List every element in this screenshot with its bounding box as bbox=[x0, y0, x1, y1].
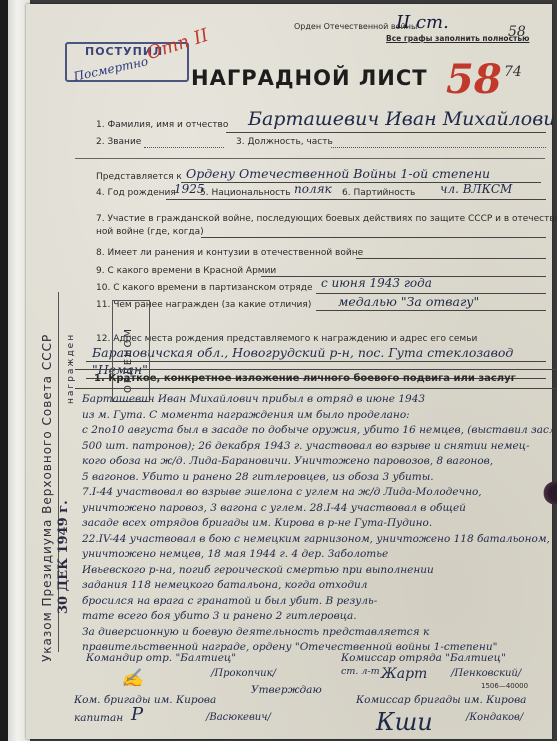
brigade-commissar-label: Комиссар бригады им. Кирова bbox=[356, 694, 526, 706]
decree-stamp-main: Указом Президиума Верховного Совета СССР bbox=[40, 334, 54, 662]
brigade-commander-signature: Р bbox=[131, 704, 143, 725]
field-1-value: Барташевич Иван Михайлович bbox=[248, 108, 557, 130]
brigade-commissar-signature: Кши bbox=[376, 708, 433, 736]
field-6-label: 6. Партийность bbox=[342, 188, 415, 198]
narrative-line: Ивьевского р-на, погиб героической смерт… bbox=[82, 563, 552, 579]
field-4-label: 4. Год рождения bbox=[96, 188, 176, 198]
brigade-commander-rank: капитан bbox=[74, 712, 123, 724]
narrative-line: 5 вагонов. Убито и ранено 28 гитлеровцев… bbox=[82, 470, 552, 486]
field-3-label: 3. Должность, часть bbox=[236, 137, 333, 147]
narrative-line: 22.IV-44 участвовал в бою с немецким гар… bbox=[82, 532, 552, 548]
field-10-label: 10. С какого времени в партизанском отря… bbox=[96, 283, 313, 293]
narrative-line: кого обоза на ж/д. Лида-Барановичи. Унич… bbox=[82, 454, 552, 470]
narrative-line: уничтожено паровоз, 3 вагона с углем. 28… bbox=[82, 501, 552, 517]
field-6-value: чл. ВЛКСМ bbox=[440, 182, 512, 196]
narrative-line: уничтожено немцев, 18 мая 1944 г. 4 дер.… bbox=[82, 547, 552, 563]
narrative: Барташевич Иван Михайлович прибыл в отря… bbox=[82, 392, 552, 656]
represented-label: Представляется к bbox=[96, 172, 182, 182]
field-9-label: 9. С какого времени в Красной Армии bbox=[96, 266, 276, 276]
field-12-label: 12. Адрес места рождения представляемого… bbox=[96, 334, 477, 344]
decree-stamp-date: 30 ДЕК 1949 г. bbox=[56, 500, 71, 614]
approved-label: Утверждаю bbox=[251, 684, 322, 696]
narrative-line: засаде всех отрядов бригады им. Кирова в… bbox=[82, 516, 552, 532]
section-title: 1. Краткое, конкретное изложение личного… bbox=[94, 373, 516, 384]
field-8-label: 8. Имеет ли ранения и контузии в отечест… bbox=[96, 248, 363, 258]
narrative-line: За диверсионную и боевую деятельность пр… bbox=[82, 625, 552, 641]
section-divider bbox=[75, 369, 557, 370]
commissar-signature: Жарт bbox=[381, 666, 427, 682]
field-7-label-2: ной войне (где, когда) bbox=[96, 227, 204, 237]
document-title: НАГРАДНОЙ ЛИСТ bbox=[191, 66, 428, 90]
commissar-name: /Пенковский/ bbox=[451, 668, 521, 679]
narrative-line: Барташевич Иван Михайлович прибыл в отря… bbox=[82, 392, 552, 408]
archive-number-mid: 74 bbox=[504, 64, 522, 80]
header-degree: II ст. bbox=[396, 12, 449, 33]
narrative-line: 7.I-44 участвовал во взрыве эшелона с уг… bbox=[82, 485, 552, 501]
field-7-label-1: 7. Участие в гражданской войне, последую… bbox=[96, 214, 557, 224]
decree-stamp: Указом Президиума Верховного Совета СССР… bbox=[38, 284, 78, 664]
narrative-line: бросился на врага с гранатой и был убит.… bbox=[82, 594, 552, 610]
brigade-commissar-name: /Кондаков/ bbox=[466, 712, 523, 723]
commander-signature: ✍ bbox=[121, 668, 143, 689]
narrative-line: задания 118 немецкого батальона, когда о… bbox=[82, 578, 552, 594]
narrative-line: с 2по10 августа был в засаде по добыче о… bbox=[82, 423, 552, 439]
field-1-label: 1. Фамилия, имя и отчество bbox=[96, 120, 228, 130]
field-10-value: с июня 1943 года bbox=[321, 276, 432, 290]
received-stamp-handwriting: Посмертно bbox=[72, 54, 149, 83]
commander-label: Командир отр. "Балтиец" bbox=[86, 652, 236, 664]
decree-stamp-box: ОРДЕНОМ bbox=[112, 300, 150, 402]
award-sheet: ПОСТУПИЛ Посмертно Отп II Орден Отечеств… bbox=[26, 4, 552, 739]
archive-number-top: 58 bbox=[508, 24, 526, 40]
field-11-value: медалью "За отвагу" bbox=[338, 294, 479, 309]
commissar-sub: ст. л-т bbox=[341, 666, 380, 677]
archive-number-red: 58 bbox=[446, 56, 502, 103]
brigade-commander-label: Ком. бригады им. Кирова bbox=[74, 694, 216, 706]
narrative-line: тате всего боя убито 3 и ранено 2 гитлер… bbox=[82, 609, 552, 625]
brigade-commander-name: /Васюкевич/ bbox=[206, 712, 271, 723]
narrative-line: 500 шт. патронов); 26 декабря 1943 г. уч… bbox=[82, 439, 552, 455]
narrative-line: из м. Гута. С момента награждения им был… bbox=[82, 408, 552, 424]
print-code: 1506—40000 bbox=[481, 682, 528, 690]
represented-value: Ордену Отечественной Войны 1-ой степени bbox=[186, 166, 490, 181]
field-2-label: 2. Звание bbox=[96, 137, 141, 147]
field-5-label: 5. Национальность bbox=[200, 188, 291, 198]
field-5-value: поляк bbox=[294, 182, 332, 196]
commander-name: /Прокопчик/ bbox=[211, 668, 276, 679]
commissar-label: Комиссар отряда "Балтиец" bbox=[341, 652, 506, 664]
